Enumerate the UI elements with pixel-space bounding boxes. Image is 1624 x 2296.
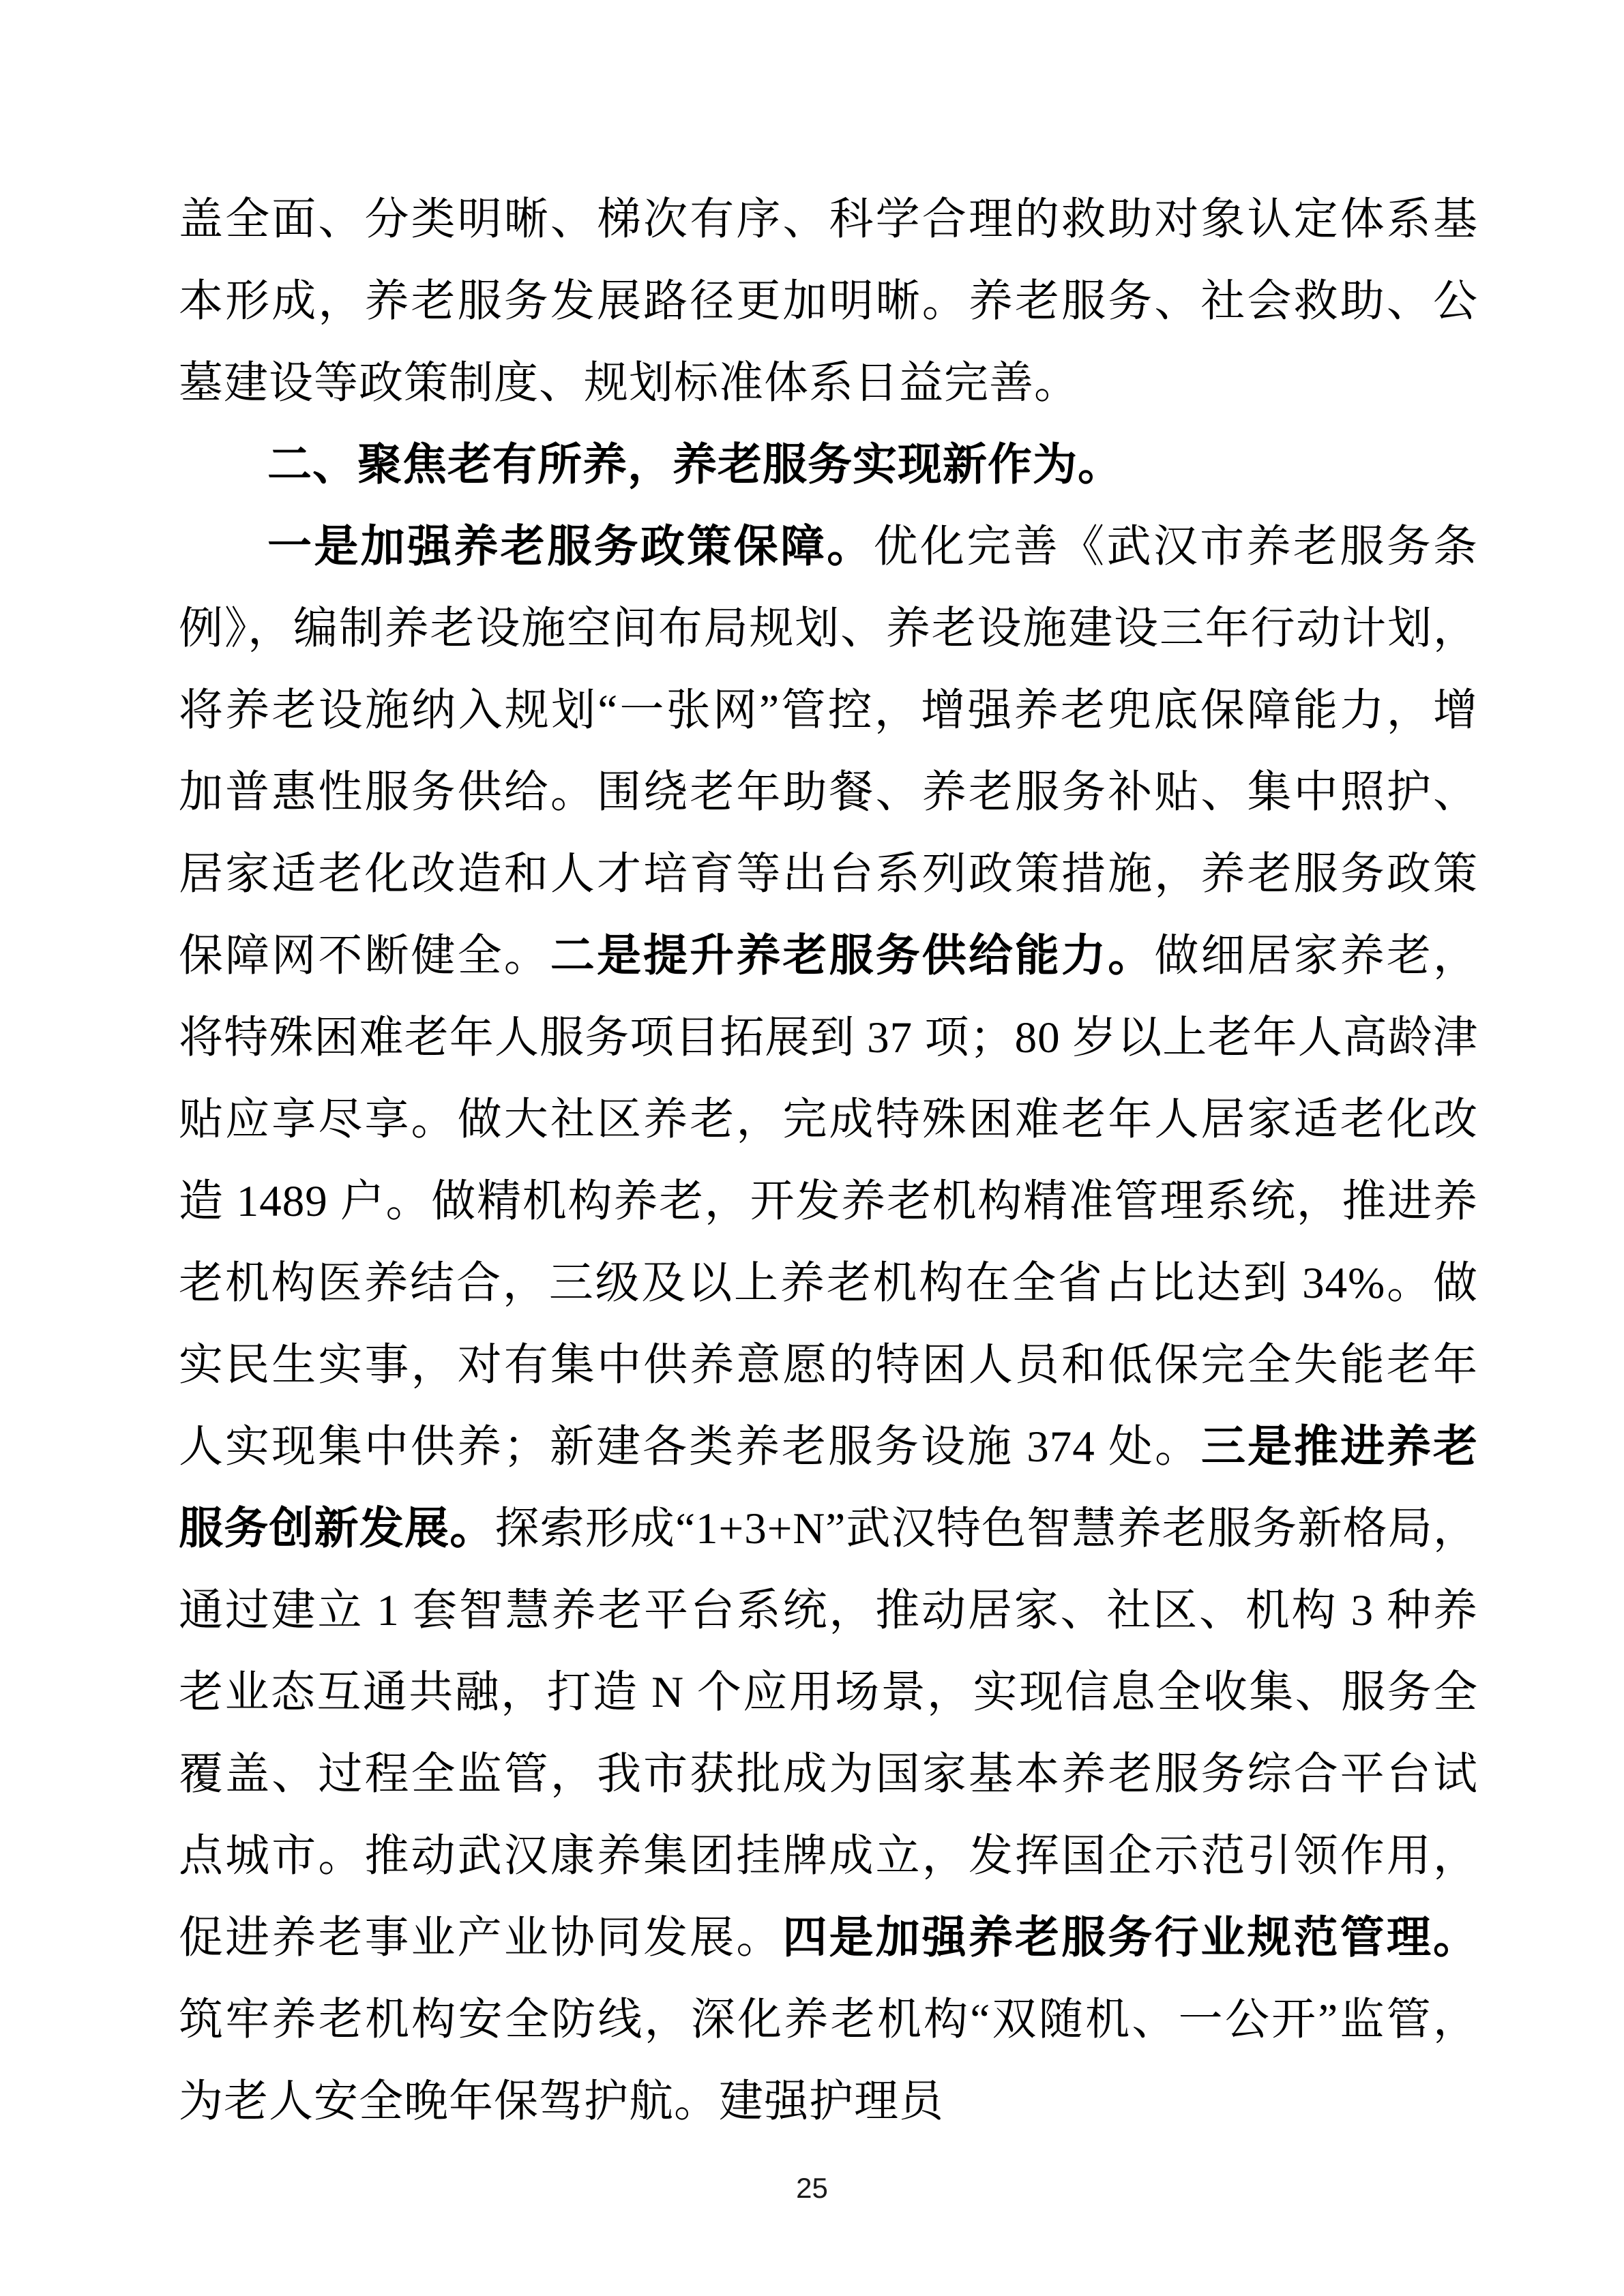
subheading-run-2: 二是提升养老服务供给能力。 bbox=[550, 931, 1154, 981]
section-heading: 二、聚焦老有所养，养老服务实现新作为。 bbox=[179, 424, 1478, 506]
text-run: 盖全面、分类明晰、梯次有序、科学合理的救助对象认定体系基本形成，养老服务发展路径… bbox=[179, 195, 1478, 408]
subheading-run-1: 一是加强养老服务政策保障。 bbox=[267, 522, 874, 571]
text-run: 做细居家养老，将特殊困难老年人服务项目拓展到 37 项；80 岁以上老年人高龄津… bbox=[179, 931, 1478, 1472]
text-run: 筑牢养老机构安全防线，深化养老机构“双随机、一公开”监管，为老人安全晚年保驾护航… bbox=[179, 1995, 1478, 2126]
document-page: 盖全面、分类明晰、梯次有序、科学合理的救助对象认定体系基本形成，养老服务发展路径… bbox=[0, 0, 1624, 2296]
paragraph-continuation: 盖全面、分类明晰、梯次有序、科学合理的救助对象认定体系基本形成，养老服务发展路径… bbox=[179, 179, 1478, 424]
subheading-run-4: 四是加强养老服务行业规范管理。 bbox=[782, 1913, 1478, 1963]
section-heading-text: 二、聚焦老有所养，养老服务实现新作为。 bbox=[267, 441, 1123, 490]
document-body: 盖全面、分类明晰、梯次有序、科学合理的救助对象认定体系基本形成，养老服务发展路径… bbox=[179, 179, 1478, 2143]
page-number: 25 bbox=[796, 2172, 828, 2204]
page-footer: 25 bbox=[0, 2172, 1624, 2205]
text-run: 探索形成“1+3+N”武汉特色智慧养老服务新格局，通过建立 1 套智慧养老平台系… bbox=[179, 1504, 1478, 1963]
text-run: 优化完善《武汉市养老服务条例》，编制养老设施空间布局规划、养老设施建设三年行动计… bbox=[179, 522, 1478, 981]
paragraph-body: 一是加强养老服务政策保障。优化完善《武汉市养老服务条例》，编制养老设施空间布局规… bbox=[179, 506, 1478, 2143]
